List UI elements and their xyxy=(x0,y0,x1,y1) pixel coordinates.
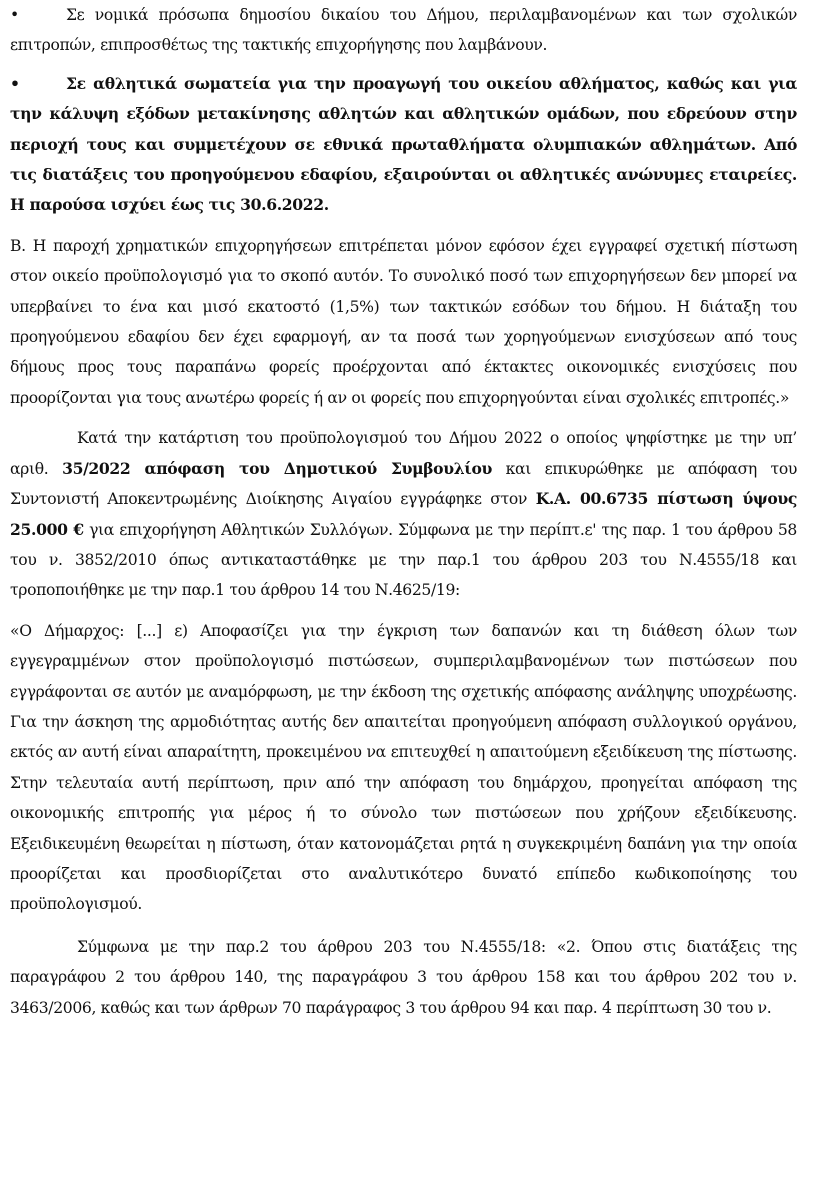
bullet-item-legal-entities: • Σε νομικά πρόσωπα δημοσίου δικαίου του… xyxy=(10,0,797,61)
paragraph-law-reference: Σύμφωνα με την παρ.2 του άρθρου 203 του … xyxy=(10,932,797,1023)
bullet-text: Σε νομικά πρόσωπα δημοσίου δικαίου του Δ… xyxy=(10,6,797,54)
document-page: • Σε νομικά πρόσωπα δημοσίου δικαίου του… xyxy=(10,0,797,1023)
paragraph-budget: Κατά την κατάρτιση του προϋπολογισμού το… xyxy=(10,423,797,605)
bullet-text: Σε αθλητικά σωματεία για την προαγωγή το… xyxy=(10,74,797,215)
bullet-item-sports-clubs: • Σε αθλητικά σωματεία για την προαγωγή … xyxy=(10,69,797,221)
bullet-marker: • xyxy=(10,69,30,99)
council-decision: 35/2022 απόφαση του Δημοτικού Συμβουλίου xyxy=(62,459,492,478)
bullet-marker: • xyxy=(10,0,30,30)
paragraph-b: Β. Η παροχή χρηματικών επιχορηγήσεων επι… xyxy=(10,231,797,413)
paragraph-mayor-quote: «Ο Δήμαρχος: [...] ε) Αποφασίζει για την… xyxy=(10,616,797,920)
